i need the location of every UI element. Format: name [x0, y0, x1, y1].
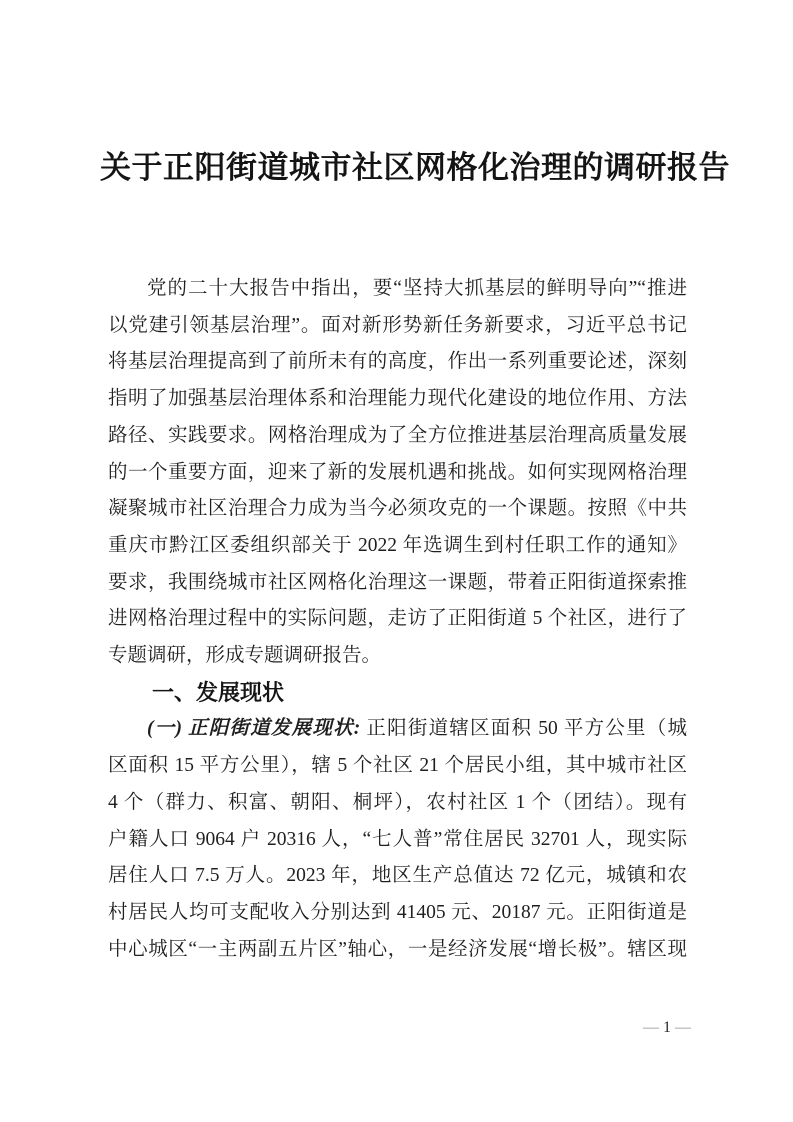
text-line: 要求，我围绕城市社区网格化治理这一课题，带着正阳街道探索推	[108, 565, 687, 602]
text-line-rest: 正阳街道辖区面积 50 平方公里（城	[366, 718, 687, 739]
page-number-dash-right: —	[671, 1019, 695, 1036]
text-line: 4 个（群力、积富、朝阳、桐坪），农村社区 1 个（团结）。现有	[108, 785, 687, 822]
subsection-lead: (一) 正阳街道发展现状:	[147, 718, 366, 739]
text-line: 党的二十大报告中指出，要“坚持大抓基层的鲜明导向”“推进	[108, 271, 687, 308]
text-line: 进网格治理过程中的实际问题，走访了正阳街道 5 个社区，进行了	[108, 601, 687, 638]
page-number: —1—	[0, 1016, 695, 1040]
text-line: 指明了加强基层治理体系和治理能力现代化建设的地位作用、方法	[108, 381, 687, 418]
text-line: 凝聚城市社区治理合力成为当今必须攻克的一个课题。按照《中共	[108, 491, 687, 528]
text-line: 居住人口 7.5 万人。2023 年，地区生产总值达 72 亿元，城镇和农	[108, 858, 687, 895]
text-line: 路径、实践要求。网格治理成为了全方位推进基层治理高质量发展	[108, 418, 687, 455]
page-number-dash-left: —	[639, 1019, 663, 1036]
document-title: 关于正阳街道城市社区网格化治理的调研报告	[100, 146, 695, 190]
text-line: 区面积 15 平方公里），辖 5 个社区 21 个居民小组，其中城市社区	[108, 748, 687, 785]
text-line: 将基层治理提高到了前所未有的高度，作出一系列重要论述，深刻	[108, 344, 687, 381]
text-line: 的一个重要方面，迎来了新的发展机遇和挑战。如何实现网格治理	[108, 455, 687, 492]
text-line: 中心城区“一主两副五片区”轴心，一是经济发展“增长极”。辖区现	[108, 932, 687, 969]
subsection-paragraph: (一) 正阳街道发展现状: 正阳街道辖区面积 50 平方公里（城 区面积 15 …	[108, 711, 687, 968]
text-line: 户籍人口 9064 户 20316 人，“七人普”常住居民 32701 人，现实…	[108, 822, 687, 859]
text-line: (一) 正阳街道发展现状: 正阳街道辖区面积 50 平方公里（城	[108, 711, 687, 748]
text-line: 以党建引领基层治理”。面对新形势新任务新要求，习近平总书记	[108, 308, 687, 345]
section-heading: 一、发展现状	[108, 675, 687, 712]
intro-paragraph: 党的二十大报告中指出，要“坚持大抓基层的鲜明导向”“推进 以党建引领基层治理”。…	[108, 271, 687, 675]
page-number-value: 1	[663, 1019, 671, 1036]
text-line: 村居民人均可支配收入分别达到 41405 元、20187 元。正阳街道是	[108, 895, 687, 932]
document-page: 关于正阳街道城市社区网格化治理的调研报告 党的二十大报告中指出，要“坚持大抓基层…	[0, 0, 793, 1122]
text-line: 专题调研，形成专题调研报告。	[108, 638, 687, 675]
document-content: 关于正阳街道城市社区网格化治理的调研报告 党的二十大报告中指出，要“坚持大抓基层…	[0, 0, 793, 968]
text-line: 重庆市黔江区委组织部关于 2022 年选调生到村任职工作的通知》	[108, 528, 687, 565]
